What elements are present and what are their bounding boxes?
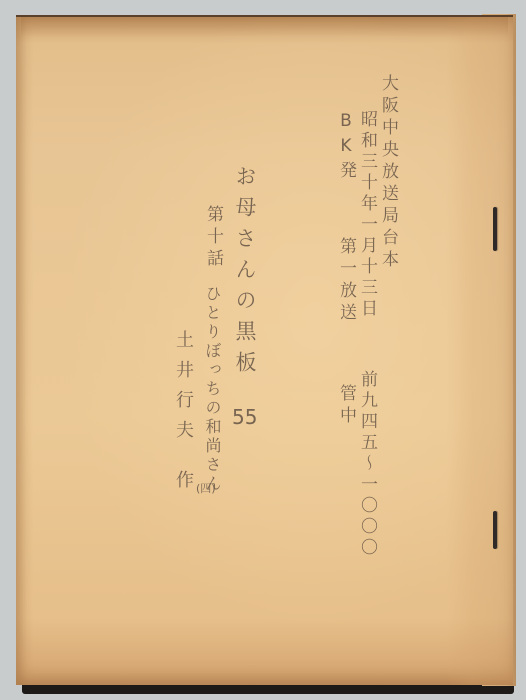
series-title: お母さんの黒板: [230, 165, 260, 382]
script-cover-page: [16, 15, 513, 685]
channel-label: BK発: [334, 111, 359, 183]
staple-top: [493, 207, 497, 251]
author-suffix: 作: [170, 470, 196, 488]
broadcast-label: 第一放送: [334, 237, 359, 325]
page-fold-shading: [446, 17, 513, 685]
series-number: 55: [232, 405, 257, 429]
staple-bottom: [493, 511, 497, 549]
control-label: 管中: [334, 384, 359, 428]
episode-subtitle: ひとりぼっちの和尚さん: [201, 285, 224, 494]
author-name: 土井行夫: [170, 330, 196, 450]
episode-label: 第十話: [201, 205, 226, 271]
part-number: (四): [196, 480, 216, 496]
